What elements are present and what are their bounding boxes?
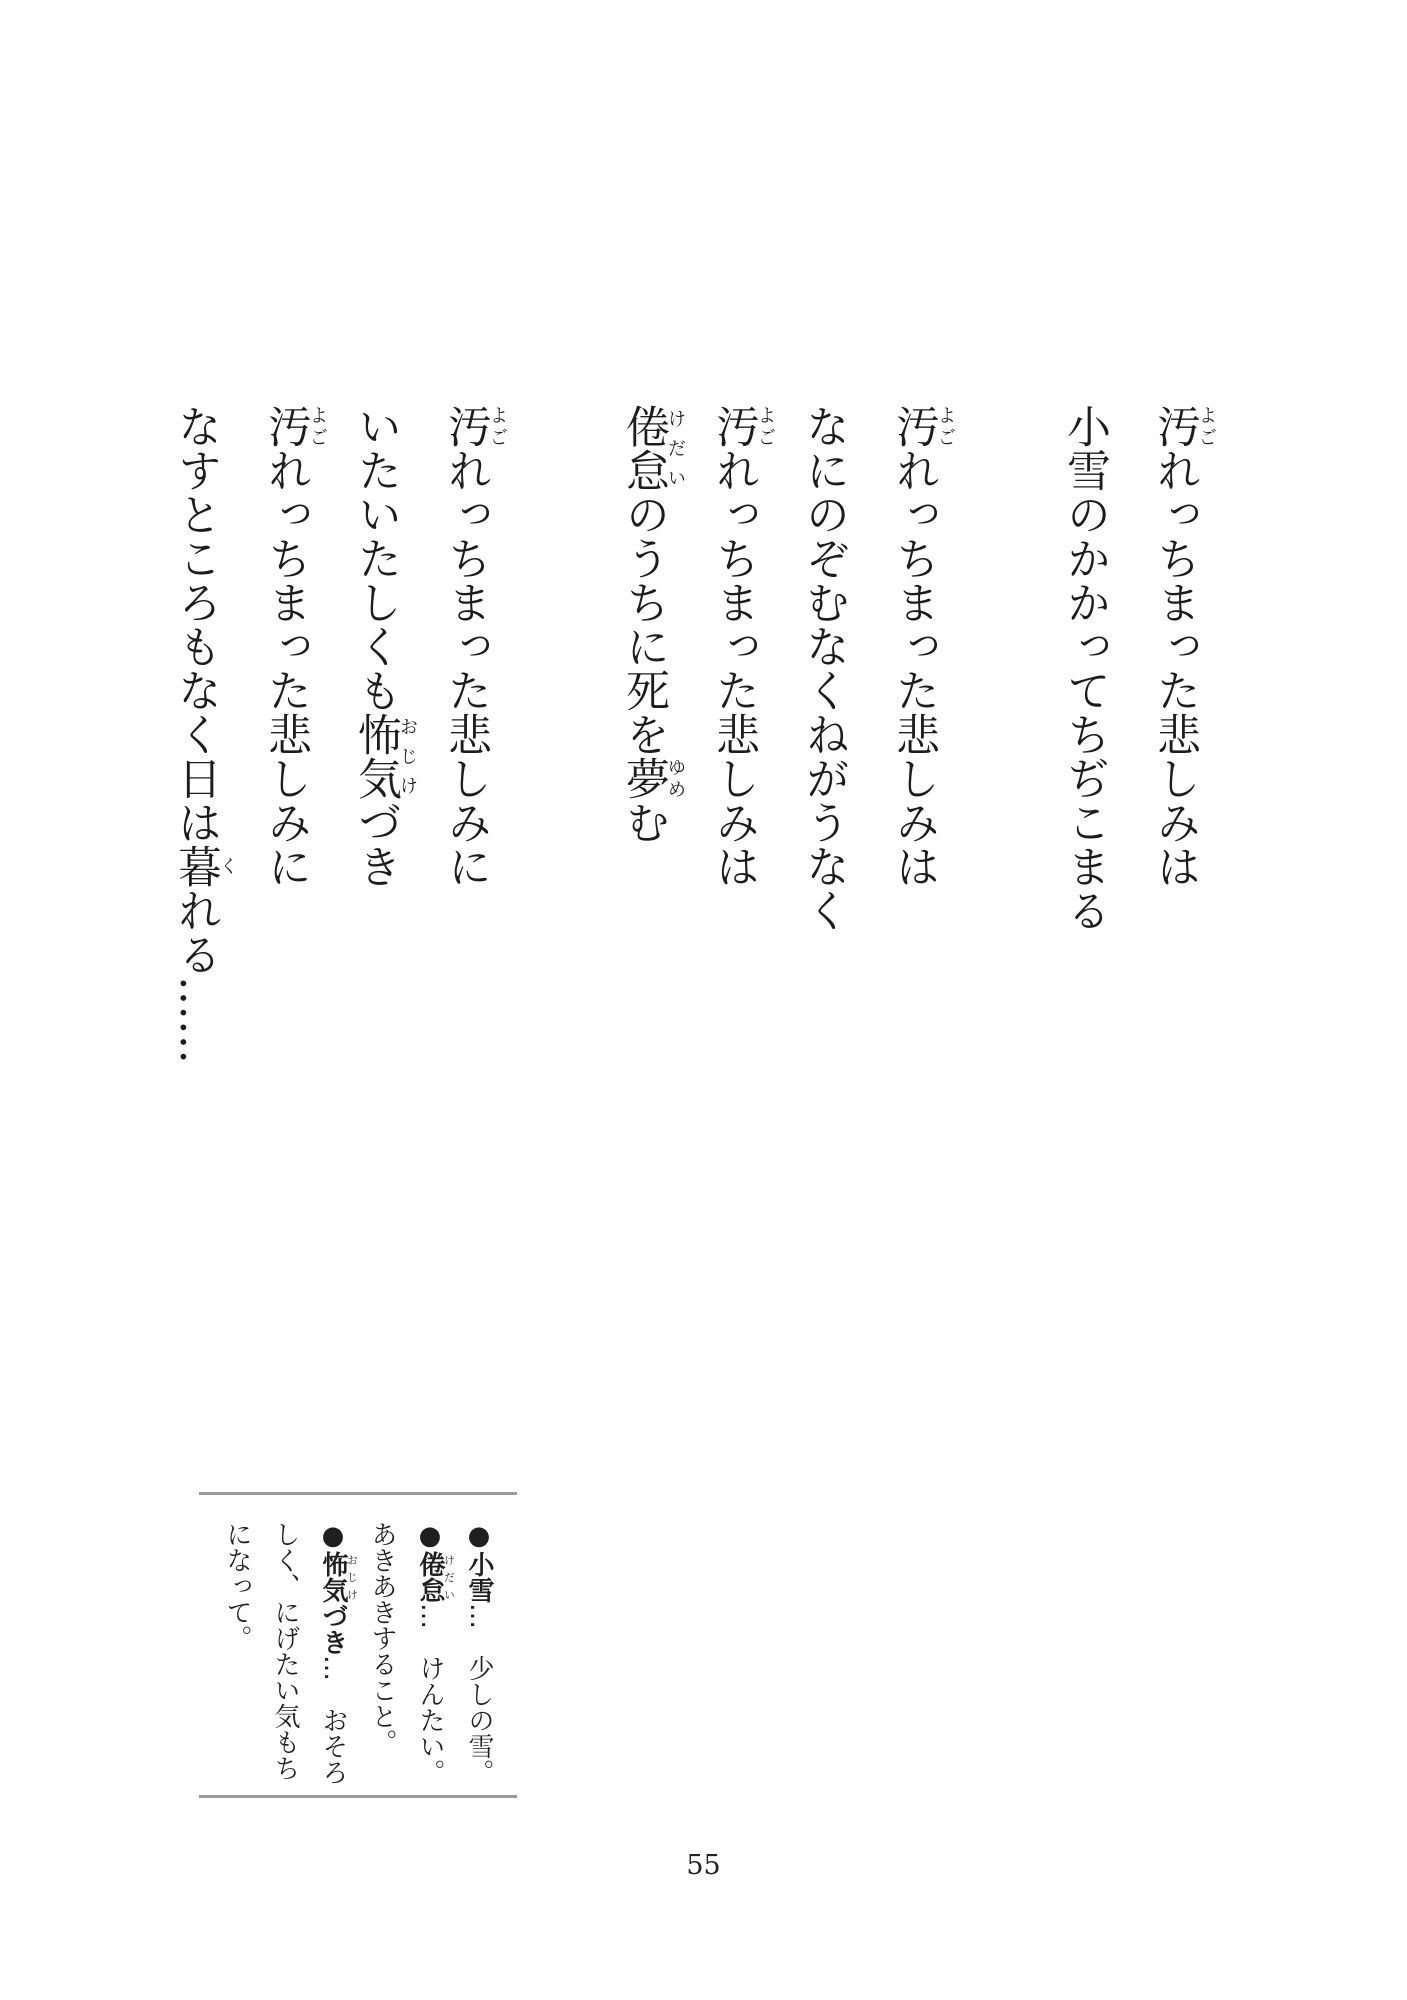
furigana: く <box>217 844 238 888</box>
text-segment: 小雪のかかってちぢこまる <box>1059 404 1110 932</box>
page-number: 55 <box>0 1850 1407 1881</box>
furigana: ゆめ <box>665 756 686 800</box>
text-segment: のうちに死を <box>618 492 669 756</box>
text-segment: あきあきすること。 <box>367 1521 397 1755</box>
text-segment: なにのぞむなくねがうなく <box>798 404 849 932</box>
text-segment: れっちまった悲しみに <box>440 448 491 888</box>
note-koyuki: ●小雪… 少しの雪。 <box>455 1521 503 1783</box>
furigana: けだい <box>443 1551 456 1603</box>
ruby-annotated-text: 怖気おじけ <box>318 1551 348 1603</box>
text-segment: いたいたしくも <box>350 404 401 712</box>
text-segment: ● <box>415 1521 445 1551</box>
text-segment: なすところもなく日は <box>170 404 221 844</box>
ruby-annotated-text: 汚よご <box>708 404 759 448</box>
note-column: ●小雪… 少しの雪。 <box>455 1521 503 1783</box>
furigana: おじけ <box>346 1551 359 1603</box>
text-segment: になって。 <box>222 1521 252 1651</box>
poem-stanza-2: 汚よごれっちまった悲しみはなにのぞむなくねがうなく汚よごれっちまった悲しみは倦怠… <box>598 404 958 932</box>
note-column: あきあきすること。 <box>358 1521 406 1783</box>
book-page: 汚よごれっちまった悲しみは小雪のかかってちぢこまる 汚よごれっちまった悲しみはな… <box>0 0 1407 2000</box>
note-column: しく、にげたい気もち <box>261 1521 309 1783</box>
text-segment: れっちまった悲しみは <box>888 448 939 888</box>
text-segment: れる…… <box>170 888 221 1064</box>
note-ojike: ●怖気おじけづき… おそろしく、にげたい気もちになって。 <box>213 1521 358 1783</box>
furigana: よご <box>755 404 776 448</box>
ruby-annotated-text: 暮く <box>170 844 221 888</box>
ruby-annotated-text: 汚よご <box>260 404 311 448</box>
poem-line: 小雪のかかってちぢこまる <box>1039 404 1129 932</box>
ruby-annotated-text: 倦怠けだい <box>618 404 669 492</box>
poem-line: 汚よごれっちまった悲しみは <box>688 404 778 932</box>
furigana: よご <box>307 404 328 448</box>
furigana: よご <box>1196 404 1217 448</box>
text-segment: しく、にげたい気もち <box>270 1521 300 1781</box>
text-segment: れっちまった悲しみに <box>260 448 311 888</box>
furigana: よご <box>935 404 956 448</box>
ruby-annotated-text: 汚よご <box>1149 404 1200 448</box>
text-segment: … 少しの雪。 <box>464 1603 494 1785</box>
poem-line: 汚よごれっちまった悲しみに <box>240 404 330 1064</box>
ruby-annotated-text: 汚よご <box>888 404 939 448</box>
poem-line: 汚よごれっちまった悲しみは <box>1129 404 1219 932</box>
poem-stanza-1: 汚よごれっちまった悲しみは小雪のかかってちぢこまる <box>1039 404 1219 932</box>
vocabulary-notes: ●小雪… 少しの雪。 ●倦怠けだい… けんたい。あきあきすること。 ●怖気おじけ… <box>199 1495 517 1795</box>
poem-line: 汚よごれっちまった悲しみは <box>868 404 958 932</box>
text-segment: … けんたい。 <box>415 1603 445 1785</box>
note-column: ●怖気おじけづき… おそろ <box>309 1521 358 1783</box>
ruby-annotated-text: 倦怠けだい <box>415 1551 445 1603</box>
poem-stanza-3: 汚よごれっちまった悲しみにいたいたしくも怖気おじけづき汚よごれっちまった悲しみに… <box>150 404 510 1064</box>
poem-line: なにのぞむなくねがうなく <box>778 404 868 932</box>
note-column: になって。 <box>213 1521 261 1783</box>
text-segment: れっちまった悲しみは <box>708 448 759 888</box>
poem-line: 倦怠けだいのうちに死を夢ゆめむ <box>598 404 688 932</box>
text-segment: ● <box>318 1521 348 1551</box>
text-segment: … おそろ <box>318 1655 348 1785</box>
furigana: よご <box>487 404 508 448</box>
note-column: ●倦怠けだい… けんたい。 <box>406 1521 455 1783</box>
text-segment: れっちまった悲しみは <box>1149 448 1200 888</box>
furigana: おじけ <box>397 712 418 800</box>
note-kedai: ●倦怠けだい… けんたい。あきあきすること。 <box>358 1521 455 1783</box>
text-segment: ●小雪 <box>464 1521 494 1603</box>
vocabulary-notes-box: ●小雪… 少しの雪。 ●倦怠けだい… けんたい。あきあきすること。 ●怖気おじけ… <box>199 1492 517 1798</box>
text-segment: づき <box>350 800 401 888</box>
text-segment: む <box>618 800 669 844</box>
ruby-annotated-text: 怖気おじけ <box>350 712 401 800</box>
ruby-annotated-text: 汚よご <box>440 404 491 448</box>
poem-line: いたいたしくも怖気おじけづき <box>330 404 420 1064</box>
furigana: けだい <box>665 404 686 492</box>
poem-line: なすところもなく日は暮くれる…… <box>150 404 240 1064</box>
text-segment: づき <box>318 1603 348 1655</box>
poem-line: 汚よごれっちまった悲しみに <box>420 404 510 1064</box>
ruby-annotated-text: 夢ゆめ <box>618 756 669 800</box>
